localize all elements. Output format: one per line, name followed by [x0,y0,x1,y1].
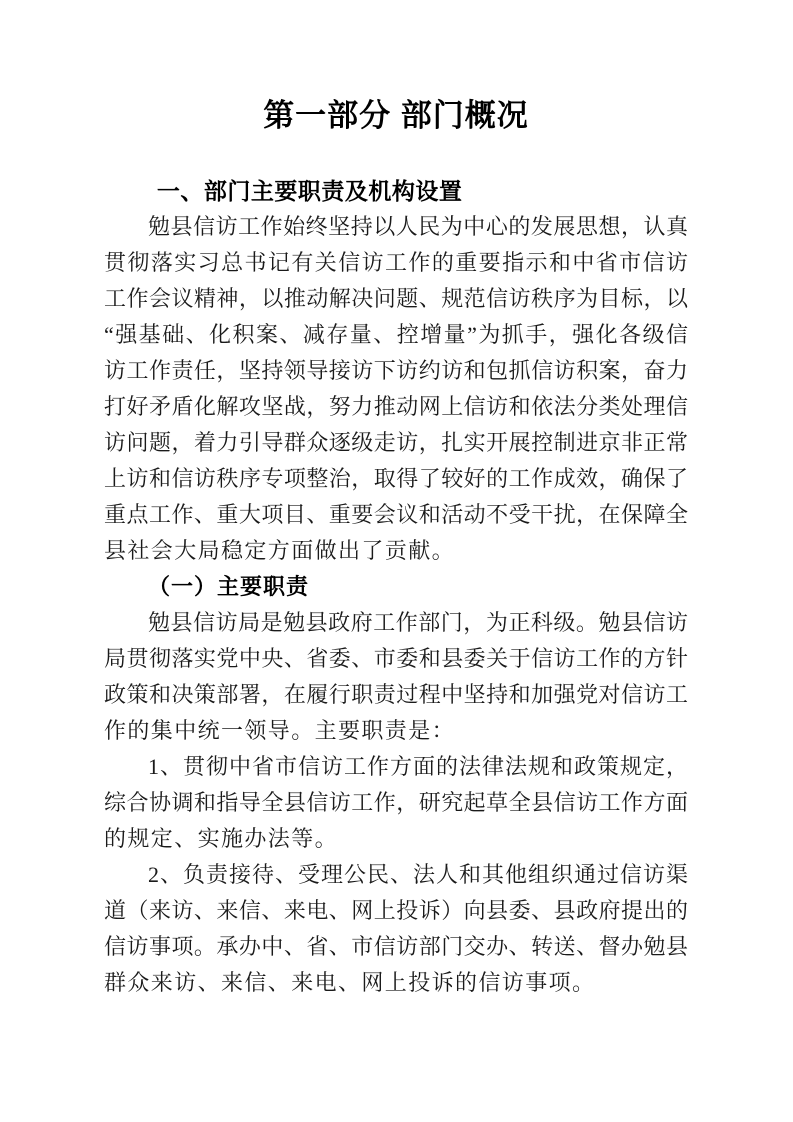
body-line: 访工作责任，坚持领导接访下访约访和包抓信访积案，奋力 [104,353,688,389]
section-heading: 一、部门主要职责及机构设置 [104,173,688,209]
body-line: 重点工作、重大项目、重要会议和活动不受干扰，在保障全 [104,497,688,533]
body-line: 县社会大局稳定方面做出了贡献。 [104,533,688,569]
body-line: 打好矛盾化解攻坚战，努力推动网上信访和依法分类处理信 [104,389,688,425]
body-line: 勉县信访局是勉县政府工作部门，为正科级。勉县信访 [104,605,688,641]
numbered-item-line: 1、贯彻中省市信访工作方面的法律法规和政策规定， [104,749,688,785]
body-line: 贯彻落实习总书记有关信访工作的重要指示和中省市信访 [104,245,688,281]
body-line: 综合协调和指导全县信访工作，研究起草全县信访工作方面 [104,785,688,821]
body-line: “强基础、化积案、减存量、控增量”为抓手，强化各级信 [104,317,688,353]
document-page: 第一部分 部门概况 一、部门主要职责及机构设置 勉县信访工作始终坚持以人民为中心… [0,0,793,1122]
body-line: 局贯彻落实党中央、省委、市委和县委关于信访工作的方针 [104,641,688,677]
body-line: 政策和决策部署，在履行职责过程中坚持和加强党对信访工 [104,677,688,713]
body-text: 一、部门主要职责及机构设置 勉县信访工作始终坚持以人民为中心的发展思想，认真 贯… [104,173,688,1001]
body-line: 群众来访、来信、来电、网上投诉的信访事项。 [104,965,688,1001]
body-line: 访问题，着力引导群众逐级走访，扎实开展控制进京非正常 [104,425,688,461]
numbered-item-line: 2、负责接待、受理公民、法人和其他组织通过信访渠 [104,857,688,893]
body-line: 道（来访、来信、来电、网上投诉）向县委、县政府提出的 [104,893,688,929]
body-line: 作的集中统一领导。主要职责是： [104,713,688,749]
body-line: 工作会议精神，以推动解决问题、规范信访秩序为目标，以 [104,281,688,317]
body-line: 勉县信访工作始终坚持以人民为中心的发展思想，认真 [104,209,688,245]
page-title: 第一部分 部门概况 [104,94,688,138]
body-line: 上访和信访秩序专项整治，取得了较好的工作成效，确保了 [104,461,688,497]
body-line: 的规定、实施办法等。 [104,821,688,857]
text-block: 第一部分 部门概况 一、部门主要职责及机构设置 勉县信访工作始终坚持以人民为中心… [104,0,688,1001]
subsection-heading: （一）主要职责 [104,569,688,605]
body-line: 信访事项。承办中、省、市信访部门交办、转送、督办勉县 [104,929,688,965]
